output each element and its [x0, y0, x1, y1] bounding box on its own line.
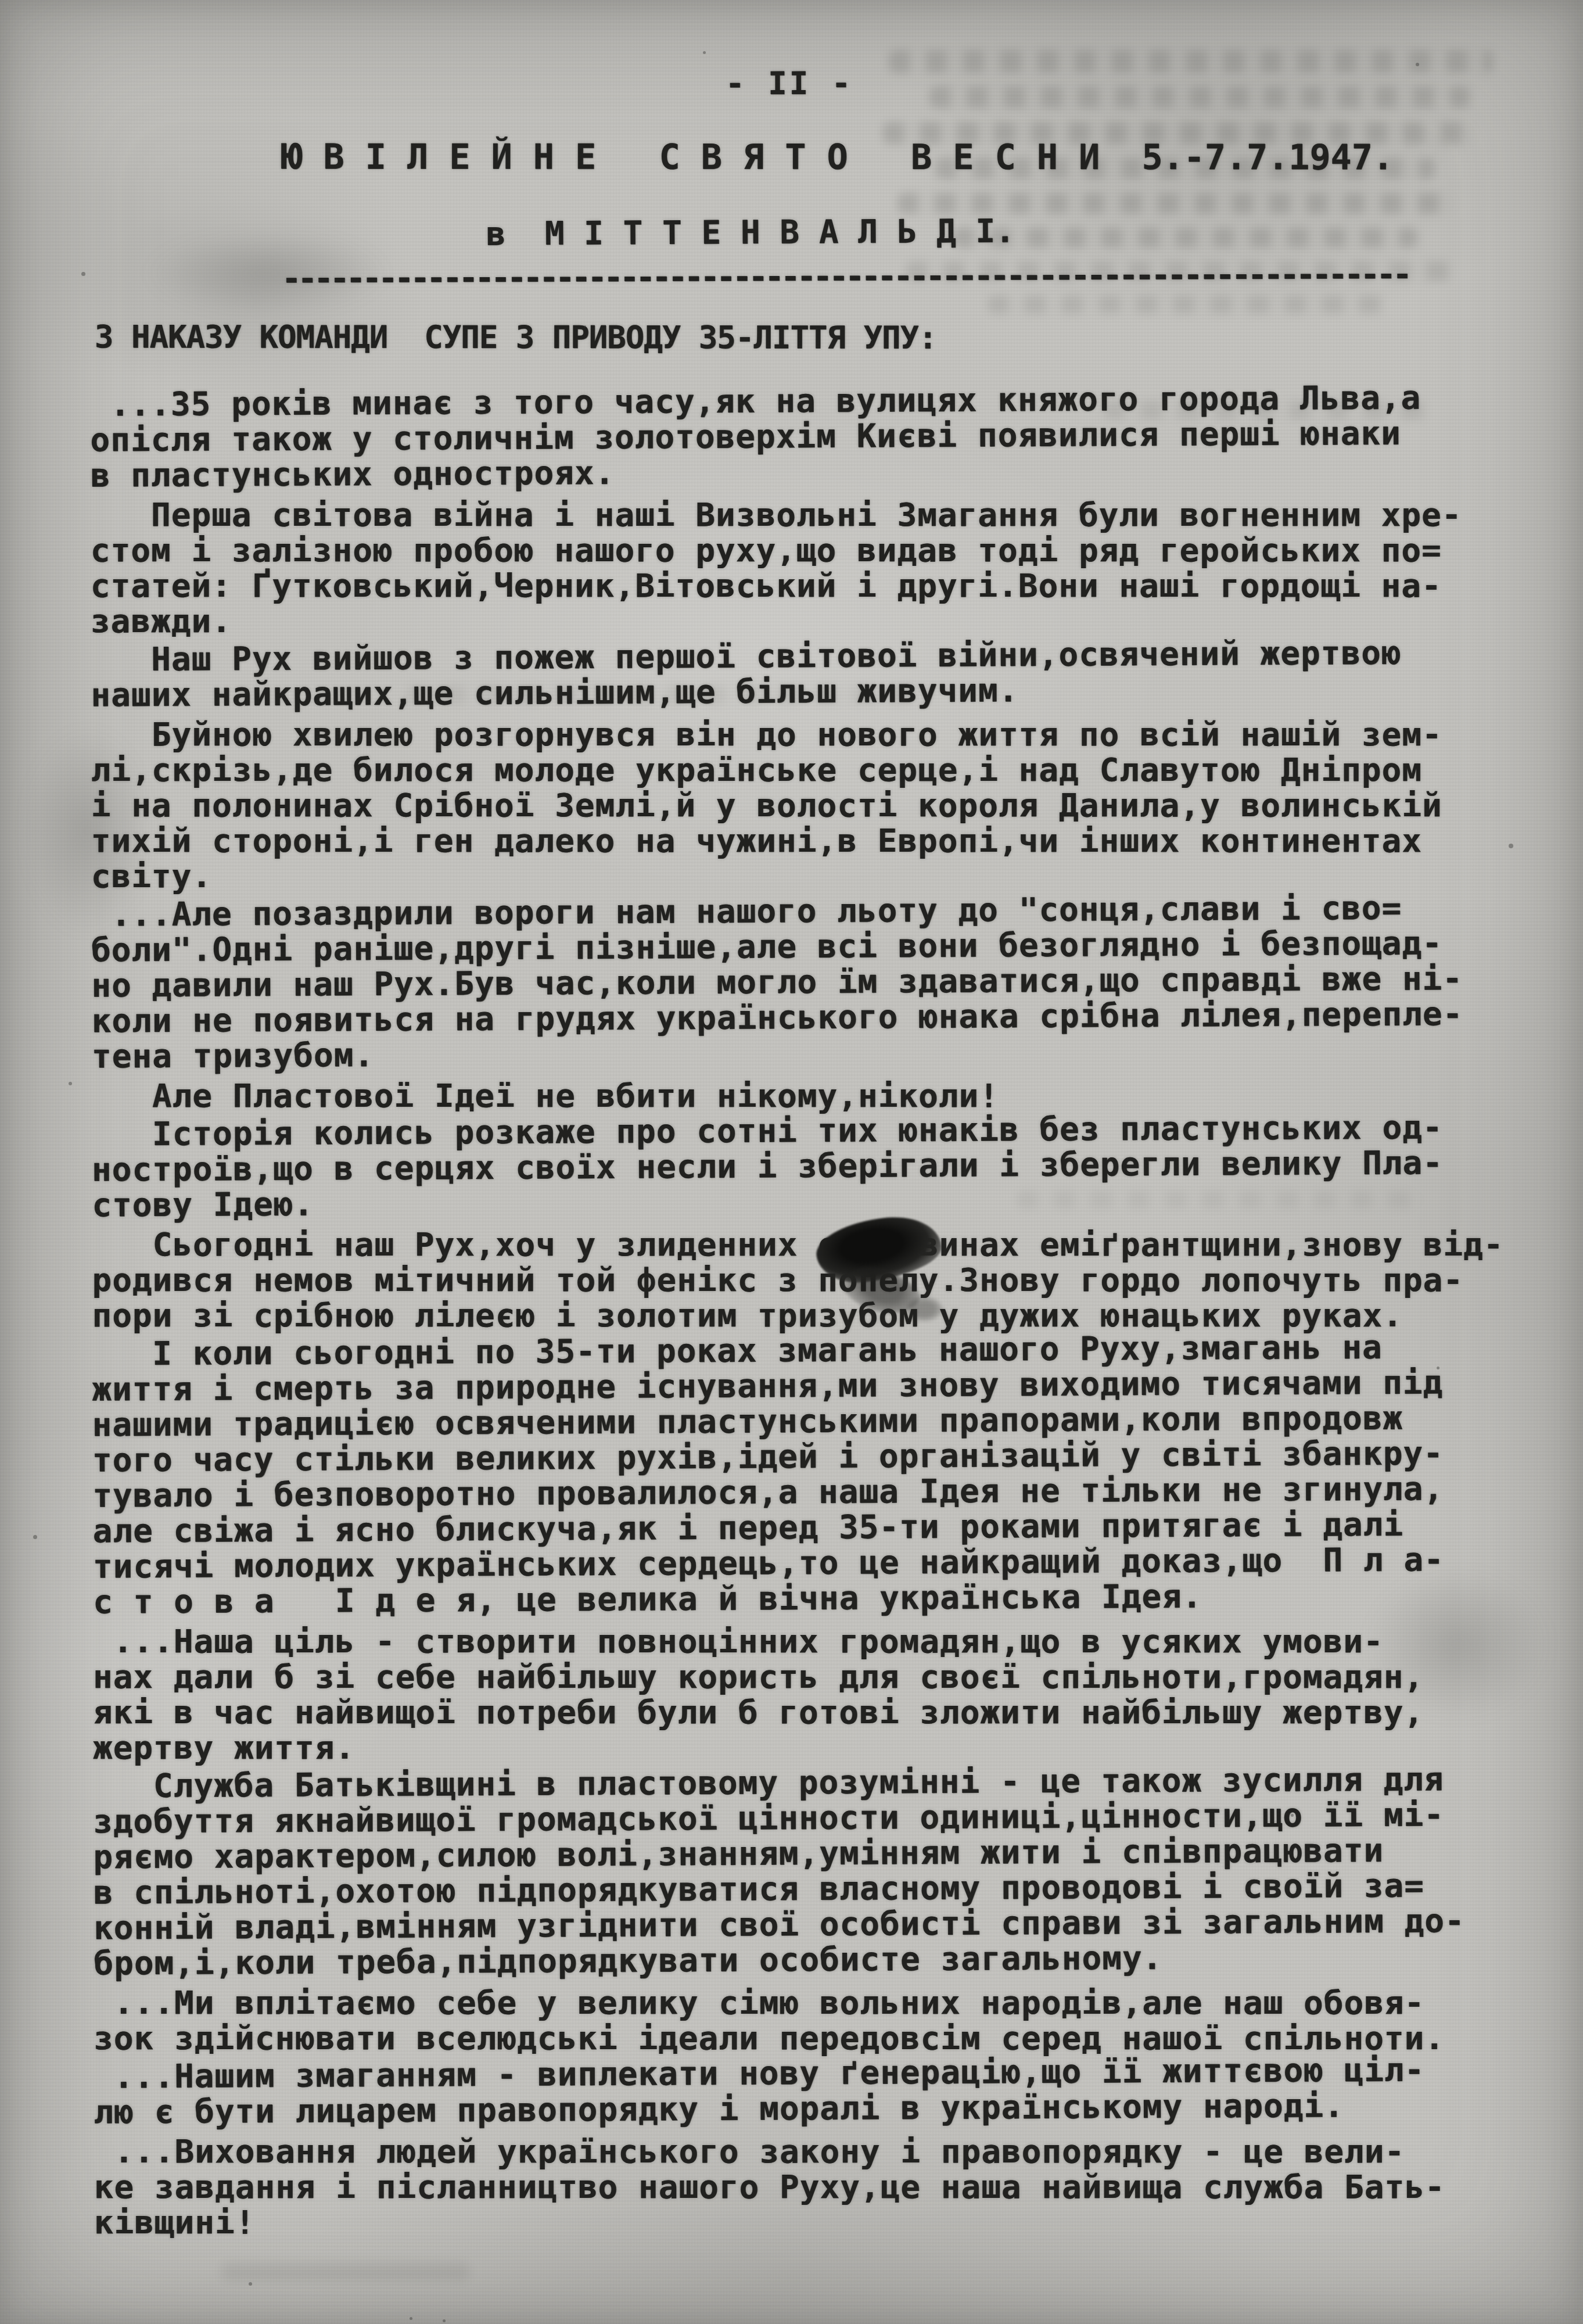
paragraph: ...Але позаздрили вороги нам нашого льот…: [91, 890, 1504, 1075]
paper-speck: [1509, 844, 1513, 848]
document-content: - ІІ - Ю В І Л Е Й Н Е С В Я Т О В Е С Н…: [0, 0, 1583, 2324]
paragraph: ...Нашим змаганням - виплекати нову ґене…: [94, 2052, 1506, 2131]
paragraph: ...35 років минає з того часу,як на вули…: [90, 380, 1502, 494]
paragraph: Історія колись розкаже про сотні тих юна…: [92, 1110, 1504, 1224]
document-subtitle: в М І Т Т Е Н В А Л Ь Д І.: [486, 213, 1015, 253]
paper-speck: [249, 2282, 252, 2286]
scanned-document-page: - ІІ - Ю В І Л Е Й Н Е С В Я Т О В Е С Н…: [0, 0, 1583, 2324]
paper-speck: [410, 2317, 412, 2320]
document-body: ...35 років минає з того часу,як на вули…: [90, 384, 1506, 2243]
paragraph: ...Виховання людей українського закону і…: [94, 2134, 1506, 2240]
paragraph: Служба Батьківщині в пластовому розумінн…: [93, 1762, 1506, 1982]
section-heading: З НАКАЗУ КОМАНДИ СУПЕ З ПРИВОДУ 35-ЛІТТЯ…: [95, 318, 937, 356]
paper-smudge: [221, 2263, 471, 2280]
paper-speck: [69, 1082, 72, 1085]
paragraph: Перша світова війна і наші Визвольні Зма…: [91, 497, 1502, 639]
paper-speck: [1437, 1367, 1440, 1369]
ink-smear: [906, 1297, 942, 1321]
paragraph: Сьогодні наш Рух,хоч у злиденних обстави…: [92, 1227, 1503, 1333]
page-number: - ІІ -: [0, 63, 1581, 103]
dashed-separator: ----------------------------------------…: [282, 256, 1409, 297]
paragraph: Буйною хвилею розгорнувся він до нового …: [91, 717, 1503, 894]
paragraph: Але Пластової Ідеї не вбити нікому,нікол…: [92, 1078, 1503, 1114]
paragraph: Наш Рух вийшов з пожеж першої світової в…: [91, 635, 1503, 713]
paragraph: ...Наша ціль - створити повноцінних гром…: [93, 1624, 1505, 1766]
paragraph: І коли сьогодні по 35-ти роках змагань н…: [92, 1329, 1505, 1620]
paragraph: ...Ми вплітаємо себе у велику сімю вольн…: [94, 1985, 1505, 2056]
paper-speck: [1416, 63, 1419, 66]
paper-speck: [443, 2319, 446, 2322]
paper-speck: [33, 1535, 37, 1539]
paper-speck: [703, 51, 706, 54]
paper-speck: [81, 272, 85, 276]
paper-speck: [1291, 1814, 1294, 1817]
paper-speck: [584, 325, 586, 328]
document-title: Ю В І Л Е Й Н Е С В Я Т О В Е С Н И 5.-7…: [281, 137, 1394, 178]
